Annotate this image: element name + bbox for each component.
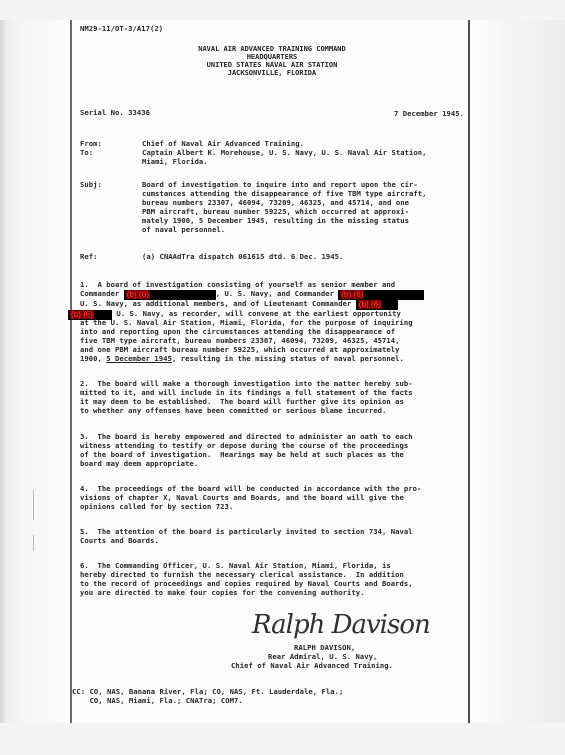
document-page: NM29-11/OT-3/A17(2) NAVAL AIR ADVANCED T… [70,20,470,723]
subject-line: Board of investigation to inquire into a… [142,180,418,189]
para1-line: into and reporting upon the circumstance… [80,327,395,336]
subject-line: PBM aircraft, bureau number 59225, which… [142,207,409,216]
scanned-document-image: NM29-11/OT-3/A17(2) NAVAL AIR ADVANCED T… [0,20,565,723]
para2-line: mitted to it, and will include in its fi… [80,388,413,397]
para2-line: to whether any offenses have been commit… [80,406,386,415]
para3-line: witness attending to testify or depose d… [80,441,408,450]
para1-line: at the U. S. Naval Air Station, Miami, F… [80,318,413,327]
to-line: Miami, Florida. [142,157,208,166]
signature-title: Chief of Naval Air Advanced Training. [231,661,393,670]
letterhead-line: UNITED STATES NAVAL AIR STATION [72,61,472,69]
from-value: Chief of Naval Air Advanced Training. [142,139,304,148]
from-label: From: [80,139,102,148]
subject-label: Subj: [80,180,102,189]
para4-line: opinions called for by section 723. [80,502,233,511]
cc-line: CO, NAS, Miami, Fla.; CNATra; COM7. [72,696,243,705]
para1-line: and one PBM aircraft bureau number 59225… [80,345,400,354]
para1-line: 1900, 5 December 1945, resulting in the … [80,354,404,363]
reference-label: Ref: [80,252,98,261]
document-date: 7 December 1945. [394,109,464,118]
subject-line: bureau numbers 23307, 46094, 73209, 4632… [142,198,409,207]
para2-line: 2. The board will make a thorough invest… [80,379,413,388]
scan-edge-shadow [0,20,6,723]
serial-number: Serial No. 33436 [80,108,150,117]
to-label: To: [80,148,93,157]
letterhead-line: NAVAL AIR ADVANCED TRAINING COMMAND [72,45,472,53]
para6-line: to the record of proceedings and copies … [80,579,413,588]
para6-line: hereby directed to furnish the necessary… [80,570,404,579]
subject-line: cumstances attending the disappearance o… [142,189,427,198]
para3-line: 3. The board is hereby empowered and dir… [80,432,413,441]
margin-mark [33,535,34,551]
margin-mark [33,490,34,520]
para1-line: five TBM type aircraft, bureau numbers 2… [80,336,400,345]
letterhead-line: HEADQUARTERS [72,53,472,61]
subject-line: of naval personnel. [142,225,225,234]
para3-line: of the board of investigation. Hearings … [80,450,404,459]
handwritten-signature: Ralph Davison [252,610,430,640]
subject-line: mately 1900, 5 December 1945, resulting … [142,216,409,225]
para6-line: you are directed to make four copies for… [80,588,365,597]
para6-line: 6. The Commanding Officer, U. S. Naval A… [80,561,391,570]
reference-value: (a) CNAAdTra dispatch 061615 dtd. 6 Dec.… [142,252,343,261]
signature-rank: Rear Admiral, U. S. Navy, [268,652,377,661]
underlined-date: 5 December 1945 [106,354,172,363]
para3-line: board may deem appropriate. [80,459,198,468]
para4-line: visions of chapter X, Naval Courts and B… [80,493,404,502]
file-code: NM29-11/OT-3/A17(2) [80,24,163,33]
para4-line: 4. The proceedings of the board will be … [80,484,421,493]
to-line: Captain Albert K. Morehouse, U. S. Navy,… [142,148,427,157]
para2-line: it may deem to be established. The board… [80,397,404,406]
letterhead-line: JACKSONVILLE, FLORIDA [72,69,472,77]
signature-name: RALPH DAVISON, [294,643,355,652]
cc-line: CC: CO, NAS, Banana River, Fla; CO, NAS,… [72,687,343,696]
para1-line: 1. A board of investigation consisting o… [80,280,400,289]
para5-line: 5. The attention of the board is particu… [80,527,413,536]
para5-line: Courts and Boards. [80,536,159,545]
